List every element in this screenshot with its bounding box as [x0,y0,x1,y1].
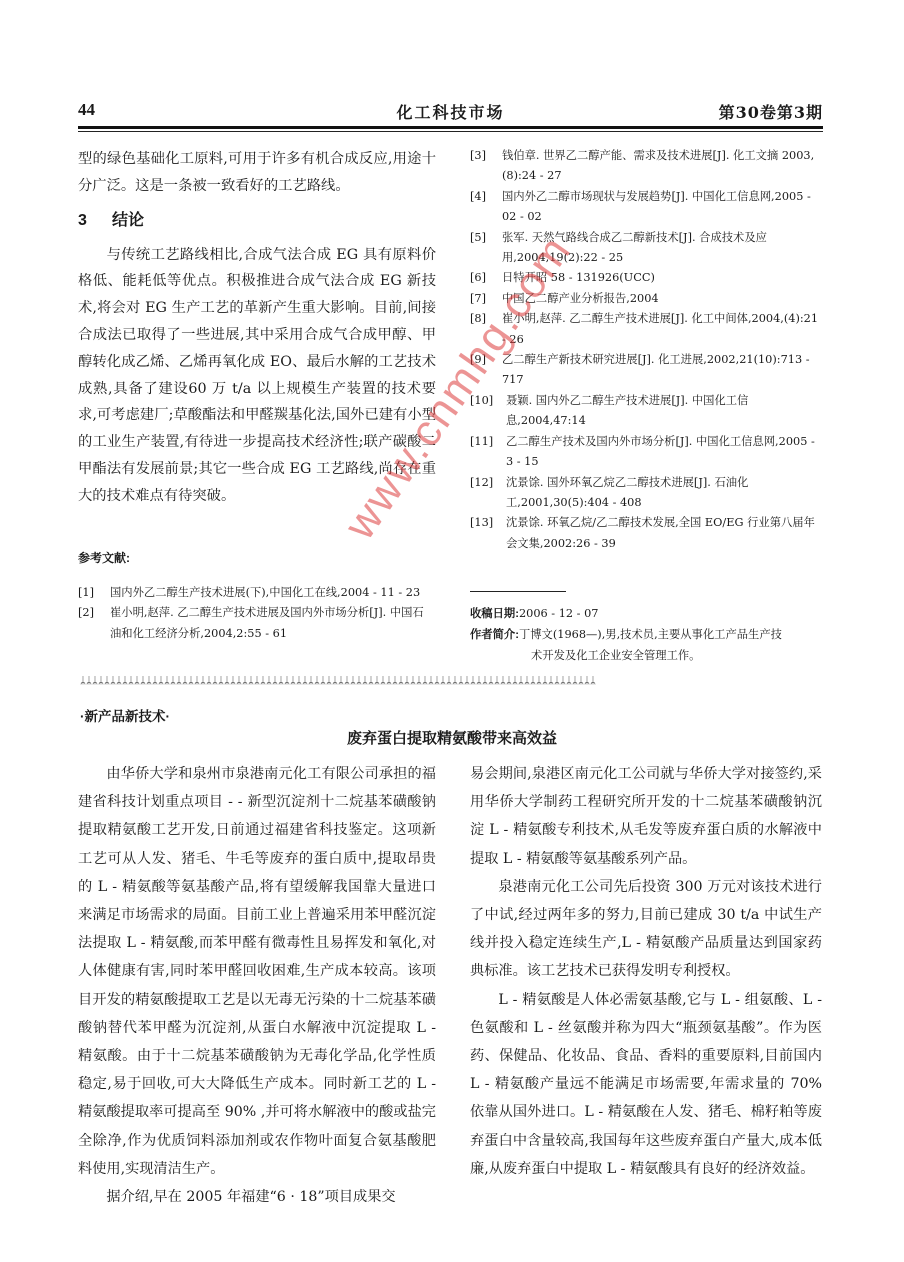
article-title: 废弃蛋白提取精氨酸带来高效益 [0,727,904,748]
reference-text: 乙二醇生产技术及国内外市场分析[J]. 中国化工信息网,2005 - 3 - 1… [506,435,815,468]
references-heading: 参考文献: [78,549,130,566]
header-rule-thin [78,131,823,132]
reference-text: 崔小明,赵萍. 乙二醇生产技术进展[J]. 化工中间体,2004,(4):21 … [502,312,818,345]
reference-number: [6] [470,268,486,288]
reference-text: 沈景馀. 国外环氧乙烷乙二醇技术进展[J]. 石油化工,2001,30(5):4… [506,476,748,509]
reference-number: [7] [470,289,486,309]
reference-item: [5]张军. 天然气路线合成乙二醇新技术[J]. 合成技术及应用,2004,19… [470,228,822,269]
journal-title: 化工科技市场 [78,100,823,123]
references-list-left: [1]国内外乙二醇生产技术进展(下),中国化工在线,2004 - 11 - 23… [78,583,434,644]
received-date: 收稿日期:2006 - 12 - 07 [470,604,830,625]
reference-item: [1]国内外乙二醇生产技术进展(下),中国化工在线,2004 - 11 - 23 [78,583,434,603]
reference-item: [3]钱伯章. 世界乙二醇产能、需求及技术进展[J]. 化工文摘 2003,(8… [470,146,822,187]
article-paragraph: 由华侨大学和泉州市泉港南元化工有限公司承担的福建省科技计划重点项目 - - 新型… [78,760,436,1183]
author-bio: 作者简介:丁博文(1968—),男,技术员,主要从事化工产品生产技 [470,625,830,646]
reference-item: [10]聂颖. 国内外乙二醇生产技术进展[J]. 中国化工信息,2004,47:… [470,391,822,432]
reference-text: 乙二醇生产新技术研究进展[J]. 化工进展,2002,21(10):713 - … [502,353,810,386]
reference-text: 聂颖. 国内外乙二醇生产技术进展[J]. 中国化工信息,2004,47:14 [506,394,748,427]
reference-number: [3] [470,146,486,166]
reference-number: [12] [470,473,493,493]
issue-label: 第30卷第3期 [719,100,823,123]
received-value: 2006 - 12 - 07 [519,607,599,620]
section-heading: 3结论 [78,208,436,234]
reference-number: [5] [470,228,486,248]
column-label: ·新产品新技术· [80,705,170,725]
footnote-rule [470,591,566,592]
reference-number: [1] [78,583,94,603]
header-rule-thick [78,126,823,129]
reference-item: [9]乙二醇生产新技术研究进展[J]. 化工进展,2002,21(10):713… [470,350,822,391]
reference-item: [7]中国乙二醇产业分析报告,2004 [470,289,822,309]
author-bio-line2: 术开发及化工企业安全管理工作。 [470,646,830,667]
received-label: 收稿日期: [470,608,519,620]
reference-text: 崔小明,赵萍. 乙二醇生产技术进展及国内外市场分析[J]. 中国石油和化工经济分… [110,606,424,639]
reference-number: [2] [78,603,94,623]
reference-number: [11] [470,432,493,452]
ornamental-divider: ᛦᛦᛦᛦᛦᛦᛦᛦᛦᛦᛦᛦᛦᛦᛦᛦᛦᛦᛦᛦᛦᛦᛦᛦᛦᛦᛦᛦᛦᛦᛦᛦᛦᛦᛦᛦᛦᛦᛦᛦ… [80,676,825,688]
author-label: 作者简介: [470,629,519,641]
reference-number: [8] [470,309,486,329]
article-paragraph: 泉港南元化工公司先后投资 300 万元对该技术进行了中试,经过两年多的努力,目前… [470,873,822,986]
reference-item: [13]沈景馀. 环氧乙烷/乙二醇技术发展,全国 EO/EG 行业第八届年会文集… [470,513,822,554]
references-list-right: [3]钱伯章. 世界乙二醇产能、需求及技术进展[J]. 化工文摘 2003,(8… [470,146,822,554]
article-left-column: 由华侨大学和泉州市泉港南元化工有限公司承担的福建省科技计划重点项目 - - 新型… [78,760,436,1211]
section-title: 结论 [112,212,144,229]
conclusion-paragraph: 与传统工艺路线相比,合成气法合成 EG 具有原料价格低、能耗低等优点。积极推进合… [78,242,436,510]
reference-text: 沈景馀. 环氧乙烷/乙二醇技术发展,全国 EO/EG 行业第八届年会文集,200… [506,516,815,549]
left-column-top: 型的绿色基础化工原料,可用于许多有机合成反应,用途十分广泛。这是一条被一致看好的… [78,146,436,510]
article-notes: 收稿日期:2006 - 12 - 07 作者简介:丁博文(1968—),男,技术… [470,604,830,666]
reference-text: 国内外乙二醇生产技术进展(下),中国化工在线,2004 - 11 - 23 [110,586,420,599]
reference-item: [6]日特开昭 58 - 131926(UCC) [470,268,822,288]
reference-text: 日特开昭 58 - 131926(UCC) [502,271,655,284]
article-paragraph-continuation: 易会期间,泉港区南元化工公司就与华侨大学对接签约,采用华侨大学制药工程研究所开发… [470,760,822,873]
reference-text: 国内外乙二醇市场现状与发展趋势[J]. 中国化工信息网,2005 - 02 - … [502,190,811,223]
reference-item: [12]沈景馀. 国外环氧乙烷乙二醇技术进展[J]. 石油化工,2001,30(… [470,473,822,514]
reference-item: [4]国内外乙二醇市场现状与发展趋势[J]. 中国化工信息网,2005 - 02… [470,187,822,228]
section-number: 3 [78,208,112,234]
reference-text: 中国乙二醇产业分析报告,2004 [502,292,659,305]
reference-number: [13] [470,513,493,533]
article-paragraph: L - 精氨酸是人体必需氨基酸,它与 L - 组氨酸、L - 色氨酸和 L - … [470,986,822,1183]
reference-item: [8]崔小明,赵萍. 乙二醇生产技术进展[J]. 化工中间体,2004,(4):… [470,309,822,350]
reference-number: [9] [470,350,486,370]
reference-number: [10] [470,391,493,411]
reference-text: 张军. 天然气路线合成乙二醇新技术[J]. 合成技术及应用,2004,19(2)… [502,231,767,264]
reference-item: [2]崔小明,赵萍. 乙二醇生产技术进展及国内外市场分析[J]. 中国石油和化工… [78,603,434,644]
article-right-column: 易会期间,泉港区南元化工公司就与华侨大学对接签约,采用华侨大学制药工程研究所开发… [470,760,822,1183]
reference-text: 钱伯章. 世界乙二醇产能、需求及技术进展[J]. 化工文摘 2003,(8):2… [502,149,814,182]
author-bio-line1: 丁博文(1968—),男,技术员,主要从事化工产品生产技 [519,628,782,641]
reference-item: [11]乙二醇生产技术及国内外市场分析[J]. 中国化工信息网,2005 - 3… [470,432,822,473]
continuation-paragraph: 型的绿色基础化工原料,可用于许多有机合成反应,用途十分广泛。这是一条被一致看好的… [78,146,436,200]
reference-number: [4] [470,187,486,207]
article-paragraph: 据介绍,早在 2005 年福建“6 · 18”项目成果交 [78,1183,436,1211]
